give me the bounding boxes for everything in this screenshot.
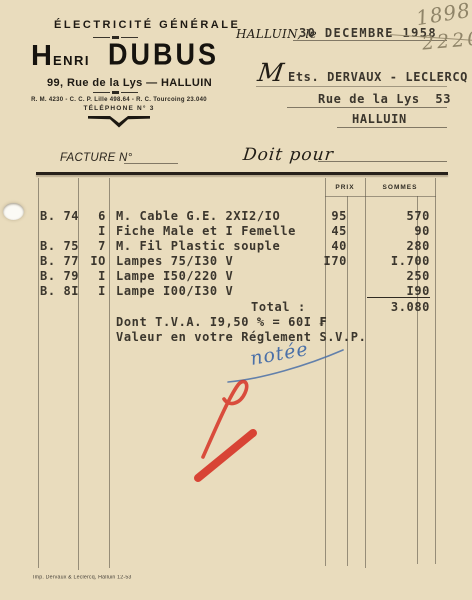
row-sommes: I.700 (368, 254, 430, 268)
column-header-sommes: SOMMES (365, 184, 435, 191)
table-row: B. 79 I Lampe I50/220 V 250 (0, 269, 472, 283)
row-description: M. Fil Plastic souple (116, 239, 280, 253)
row-ref: B. 79 (40, 269, 80, 283)
company-phone: TÉLÉPHONE N° 3 (24, 105, 214, 112)
row-prix: 40 (323, 239, 347, 253)
row-qty: IO (78, 254, 106, 268)
tva-line: Dont T.V.A. I9,50 % = 60I ₣ (116, 315, 327, 329)
row-description: Lampe I00/I30 V (116, 284, 233, 298)
doit-pour-line (318, 151, 447, 162)
payment-line: Valeur en votre Réglement S.V.P. (116, 330, 366, 344)
facture-label: FACTURE N° (60, 152, 133, 164)
company-registrations: R. M. 4230 - C. C. P. Lille 498.64 - R. … (24, 97, 214, 103)
pencil-number-bottom: 2220 (421, 27, 472, 54)
total-underline (367, 297, 430, 298)
table-row: B. 74 6 M. Cable G.E. 2XI2/IO 95 570 (0, 209, 472, 223)
facture-number-line (124, 153, 178, 164)
table-row: B. 75 7 M. Fil Plastic souple 40 280 (0, 239, 472, 253)
logo-last-name: DUBUS (108, 40, 219, 70)
row-description: Lampe I50/220 V (116, 269, 233, 283)
row-ref: B. 74 (40, 209, 80, 223)
company-tagline: ÉLECTRICITÉ GÉNÉRALE (54, 19, 240, 31)
logo-initial: H (31, 42, 52, 71)
row-description: Fiche Male et I Femelle (116, 224, 296, 238)
header-rule (36, 172, 448, 175)
printer-imprint: Imp. Dervaux & Leclercq, Halluin 12-53 (33, 575, 132, 580)
row-ref: B. 75 (40, 239, 80, 253)
total-value: 3.080 (368, 300, 430, 314)
row-prix: I70 (323, 254, 347, 268)
row-prix: 95 (323, 209, 347, 223)
row-qty: I (78, 269, 106, 283)
row-sommes: 280 (368, 239, 430, 253)
row-sommes: I90 (368, 284, 430, 298)
row-description: Lampes 75/I30 V (116, 254, 233, 268)
row-description: M. Cable G.E. 2XI2/IO (116, 209, 280, 223)
hole-punch (3, 203, 24, 220)
row-qty: 7 (78, 239, 106, 253)
arrow-ornament-icon (88, 113, 150, 128)
row-qty: 6 (78, 209, 106, 223)
company-address: 99, Rue de la Lys — HALLUIN (47, 77, 212, 89)
table-row: B. 8I I Lampe I00/I30 V I90 (0, 284, 472, 298)
row-ref: B. 77 (40, 254, 80, 268)
table-header-rule (325, 196, 436, 197)
row-sommes: 90 (368, 224, 430, 238)
logo-first-name: ENRI (53, 53, 90, 68)
row-prix: 45 (323, 224, 347, 238)
row-ref: B. 8I (40, 284, 80, 298)
pencil-number-top: 1898 (414, 0, 472, 30)
recipient-underline-1 (256, 74, 447, 87)
table-row: I Fiche Male et I Femelle 45 90 (0, 224, 472, 238)
recipient-underline-2 (287, 95, 447, 108)
total-label: Total : (251, 300, 306, 314)
red-crayon-mark (185, 375, 265, 487)
row-sommes: 570 (368, 209, 430, 223)
row-sommes: 250 (368, 269, 430, 283)
recipient-underline-3 (337, 115, 447, 128)
row-qty: I (78, 224, 106, 238)
ornament-divider (93, 91, 138, 94)
column-header-prix: PRIX (325, 184, 365, 191)
row-qty: I (78, 284, 106, 298)
invoice-scan: ÉLECTRICITÉ GÉNÉRALE H ENRI DUBUS 99, Ru… (0, 0, 472, 600)
company-logo: H ENRI DUBUS (31, 42, 219, 71)
table-row: B. 77 IO Lampes 75/I30 V I70 I.700 (0, 254, 472, 268)
